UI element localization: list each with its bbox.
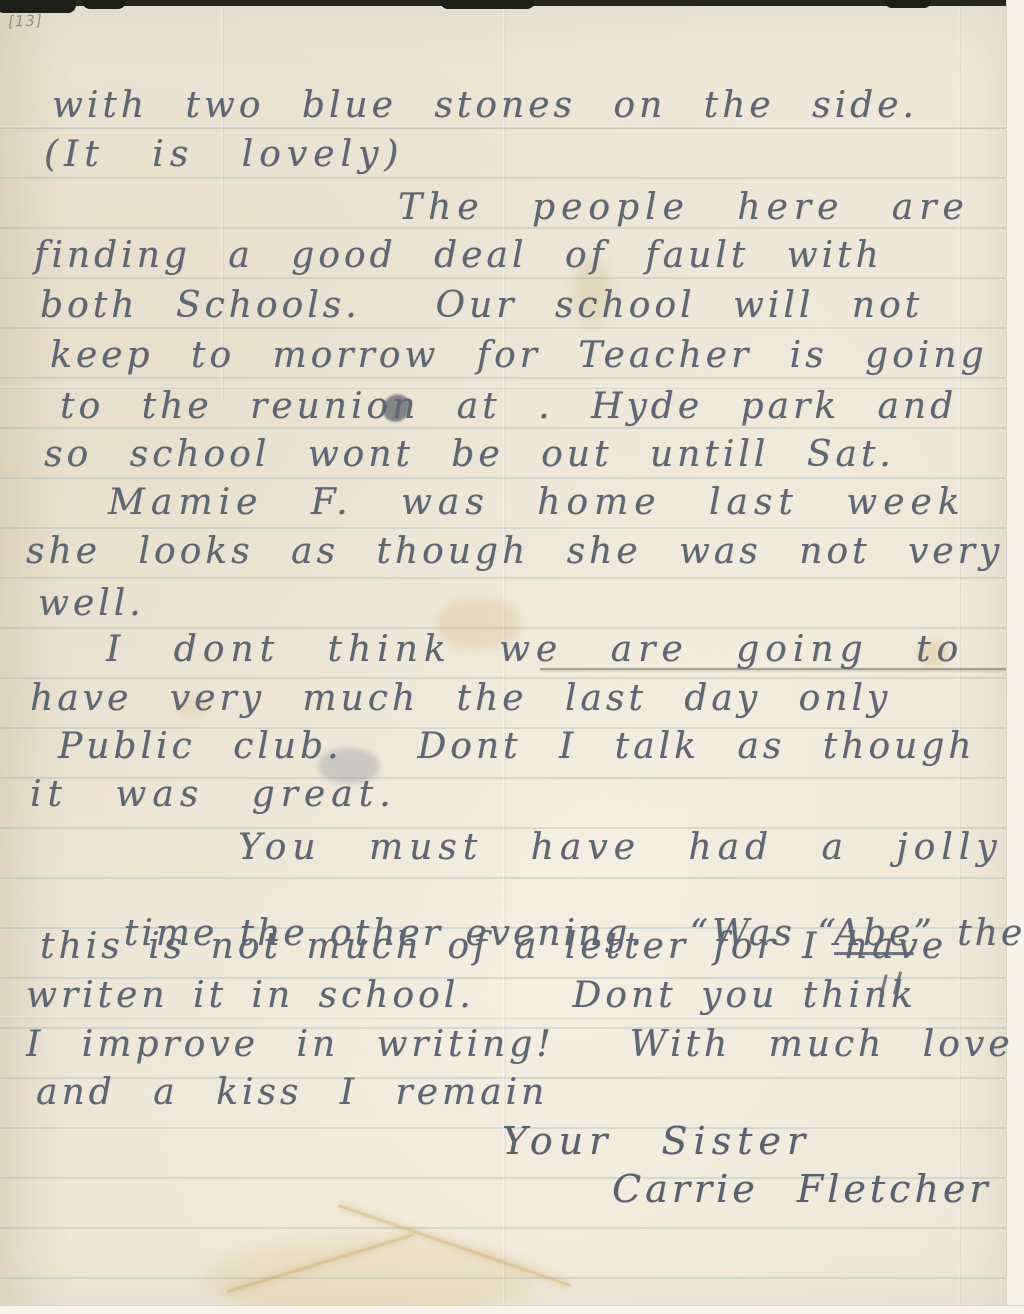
letter-line: Public club. Dont I talk as though — [58, 729, 975, 765]
page-bottom-edge — [0, 1305, 1024, 1314]
scan-top-edge — [0, 0, 1024, 6]
signature-name: Carrie Fletcher — [612, 1170, 991, 1208]
letter-line: with two blue stones on the side. — [52, 88, 918, 124]
stain — [338, 1204, 571, 1287]
letter-line: and a kiss I remain — [36, 1075, 548, 1111]
letter-line: finding a good deal of fault with — [34, 238, 883, 274]
letter-line: I improve in writing! With much love — [26, 1027, 1014, 1063]
stain — [226, 1234, 413, 1294]
letter-line: writen it in school. Dont you think — [26, 978, 917, 1014]
letter-line: both Schools. Our school will not — [40, 288, 923, 324]
letter-line: so school wont be out untill Sat. — [44, 437, 895, 473]
page-number-pencil: [13] — [8, 11, 43, 30]
letter-line: keep to morrow for Teacher is going — [50, 338, 988, 374]
scan-edge-blob — [884, 0, 932, 8]
letter-line: this is not much of a letter for I have — [40, 929, 947, 965]
letter-line: well. — [38, 586, 145, 622]
letter-line: The people here are — [398, 190, 970, 226]
scan-edge-blob — [440, 0, 535, 9]
letter-line: You must have had a jolly — [238, 830, 1003, 866]
letter-line: to the reunion at . Hyde park and — [60, 389, 957, 425]
letter-line: I dont think we are going to — [106, 632, 964, 668]
letter-line: she looks as though she was not very — [26, 534, 1003, 570]
fold-crease — [0, 126, 1006, 129]
signature-closing: Your Sister — [502, 1122, 811, 1160]
letter-line: have very much the last day only — [30, 681, 891, 717]
stain — [205, 1238, 535, 1314]
scan-edge-blob — [82, 0, 126, 9]
letter-line: Mamie F. was home last week — [108, 485, 966, 521]
page-right-edge — [1006, 0, 1024, 1314]
letter-line: it was great. — [30, 777, 397, 813]
letter-page: [13] with two blue stones on the side. (… — [0, 0, 1024, 1314]
fold-crease — [0, 1016, 1006, 1019]
letter-line: (It is lovely) — [44, 137, 404, 173]
